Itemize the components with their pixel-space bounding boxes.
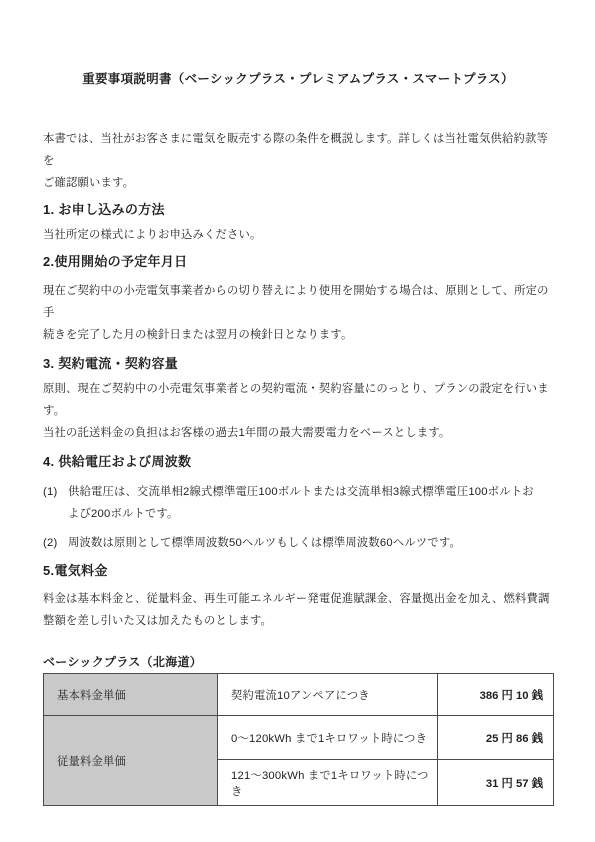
section-3-body: 原則、現在ご契約中の小売電気事業者との契約電流・契約容量にのっとり、プランの設定… [43,378,553,444]
item-1-marker: (1) [43,481,68,503]
usage-tier2-price-cell: 31 円 57 銭 [438,760,554,806]
usage-tier1-price-cell: 25 円 86 銭 [438,716,554,760]
price-table-caption: ベーシックプラス（北海道） [43,654,553,670]
item-1-text: 供給電圧は、交流単相2線式標準電圧100ボルトまたは交流単相3線式標準電圧100… [68,481,553,525]
section-5-body: 料金は基本料金と、従量料金、再生可能エネルギー発電促進賦課金、容量拠出金を加え、… [43,588,553,632]
item-2-marker: (2) [43,532,68,554]
section-5-heading: 5.電気料金 [43,561,553,581]
section-2-heading: 2.使用開始の予定年月日 [43,252,553,272]
usage-tier2-condition-cell: 121～300kWh まで1キロワット時につき [218,760,438,806]
section-4-item-1: (1) 供給電圧は、交流単相2線式標準電圧100ボルトまたは交流単相3線式標準電… [43,481,553,525]
document-page: 重要事項説明書（ベーシックプラス・プレミアムプラス・スマートプラス） 本書では、… [0,0,595,842]
basic-rate-price-cell: 386 円 10 銭 [438,674,554,716]
section-4-heading: 4. 供給電圧および周波数 [43,452,553,472]
section-4-item-2: (2) 周波数は原則として標準周波数50ヘルツもしくは標準周波数60ヘルツです。 [43,532,553,554]
section-1-body: 当社所定の様式によりお申込みください。 [43,224,553,246]
basic-rate-label-cell: 基本料金単価 [44,674,218,716]
usage-rate-label-cell: 従量料金単価 [44,716,218,806]
section-3-heading: 3. 契約電流・契約容量 [43,354,553,374]
section-2-body: 現在ご契約中の小売電気事業者からの切り替えにより使用を開始する場合は、原則として… [43,280,553,346]
intro-paragraph: 本書では、当社がお客さまに電気を販売する際の条件を概説します。詳しくは当社電気供… [43,128,553,194]
usage-tier1-condition-cell: 0～120kWh まで1キロワット時につき [218,716,438,760]
item-2-text: 周波数は原則として標準周波数50ヘルツもしくは標準周波数60ヘルツです。 [68,532,553,554]
document-title: 重要事項説明書（ベーシックプラス・プレミアムプラス・スマートプラス） [43,70,553,88]
table-row-usage-tier1: 従量料金単価 0～120kWh まで1キロワット時につき 25 円 86 銭 [44,716,554,760]
section-1-heading: 1. お申し込みの方法 [43,200,553,220]
price-table: 基本料金単価 契約電流10アンペアにつき 386 円 10 銭 従量料金単価 0… [43,673,554,806]
basic-rate-condition-cell: 契約電流10アンペアにつき [218,674,438,716]
table-row-basic-rate: 基本料金単価 契約電流10アンペアにつき 386 円 10 銭 [44,674,554,716]
